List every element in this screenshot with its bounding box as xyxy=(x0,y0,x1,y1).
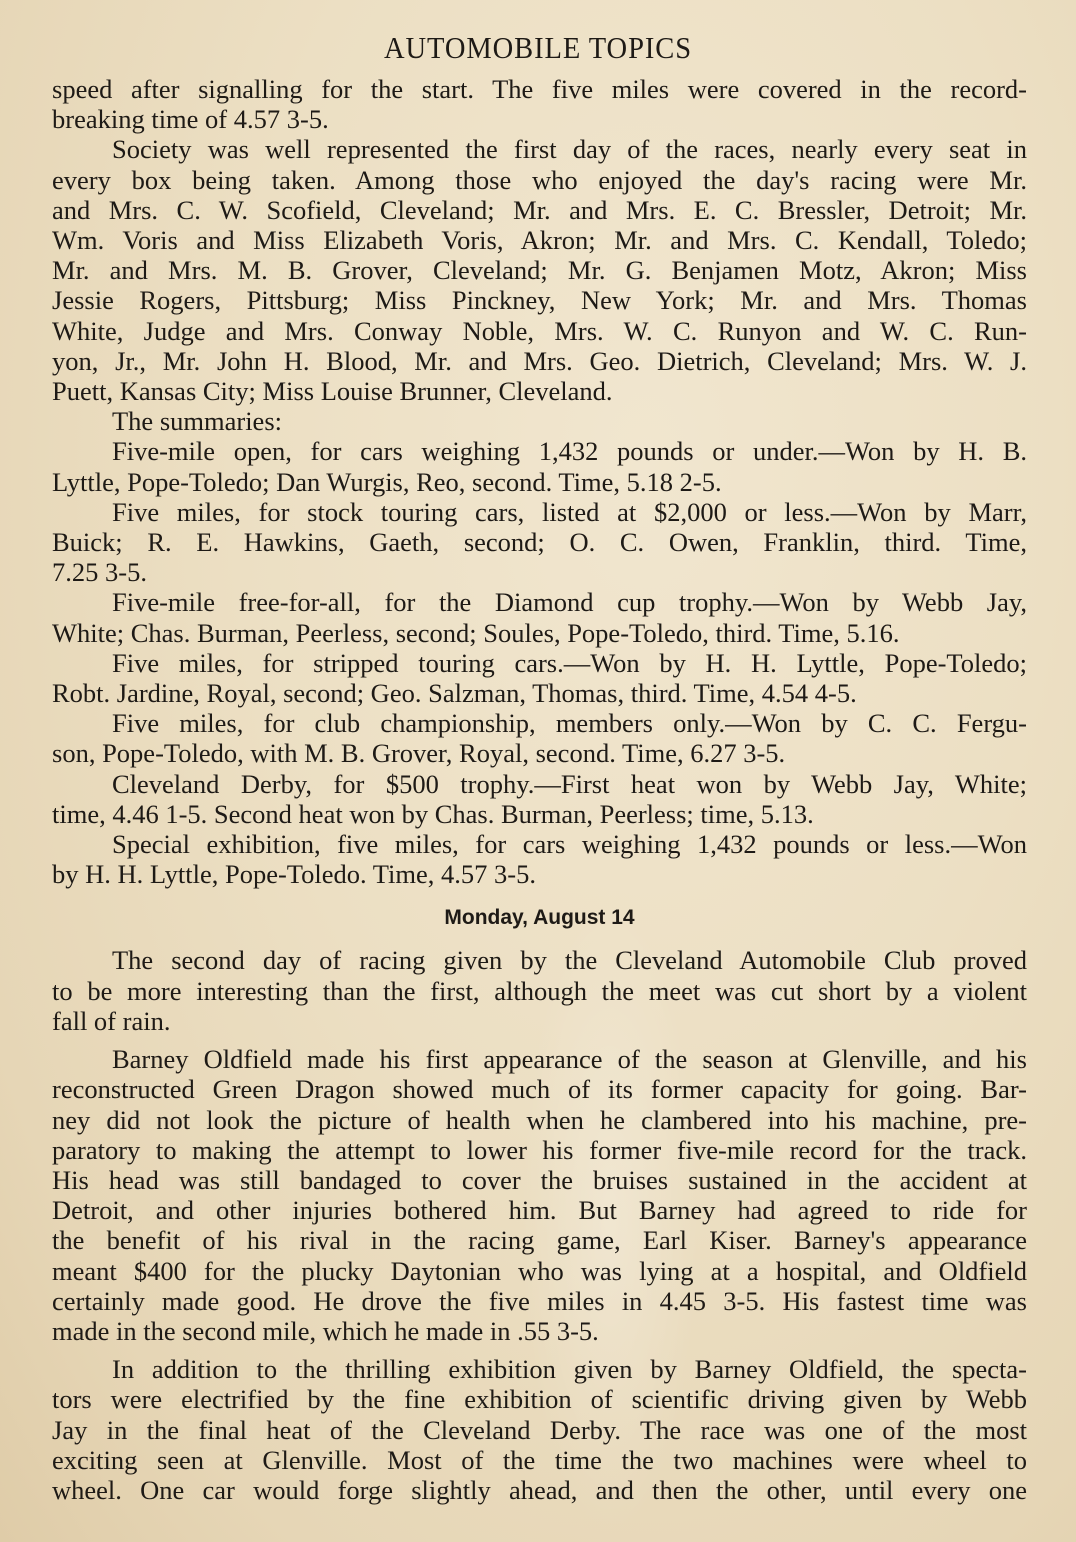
text-line: tors were electrified by the fine exhibi… xyxy=(52,1384,1027,1414)
page-body: speed after signalling for the start. Th… xyxy=(52,74,1027,1505)
section-day-one: speed after signalling for the start. Th… xyxy=(52,74,1027,889)
text-line: His head was still bandaged to cover the… xyxy=(52,1165,1027,1195)
text-line: Robt. Jardine, Royal, second; Geo. Salzm… xyxy=(52,678,1027,708)
text-line: Society was well represented the first d… xyxy=(52,134,1027,164)
section-day-two: The second day of racing given by the Cl… xyxy=(52,945,1027,1505)
text-line: son, Pope-Toledo, with M. B. Grover, Roy… xyxy=(52,738,1027,768)
text-line: Jessie Rogers, Pittsburg; Miss Pinckney,… xyxy=(52,285,1027,315)
text-line: Special exhibition, five miles, for cars… xyxy=(52,829,1027,859)
text-line: to be more interesting than the first, a… xyxy=(52,976,1027,1006)
paragraph: Five-mile open, for cars weighing 1,432 … xyxy=(52,436,1027,496)
paragraph: Five miles, for club championship, membe… xyxy=(52,708,1027,768)
text-line: Mr. and Mrs. M. B. Grover, Cleveland; Mr… xyxy=(52,255,1027,285)
text-line: fall of rain. xyxy=(52,1006,1027,1036)
paragraph: Special exhibition, five miles, for cars… xyxy=(52,829,1027,889)
paragraph: The second day of racing given by the Cl… xyxy=(52,945,1027,1036)
text-line: Five miles, for stripped touring cars.—W… xyxy=(52,648,1027,678)
text-line: White; Chas. Burman, Peerless, second; S… xyxy=(52,618,1027,648)
text-line: In addition to the thrilling exhibition … xyxy=(52,1354,1027,1384)
text-line: Five miles, for stock touring cars, list… xyxy=(52,497,1027,527)
text-line: by H. H. Lyttle, Pope-Toledo. Time, 4.57… xyxy=(52,859,1027,889)
text-line: Five-mile free-for-all, for the Diamond … xyxy=(52,587,1027,617)
text-line: paratory to making the attempt to lower … xyxy=(52,1135,1027,1165)
text-line: every box being taken. Among those who e… xyxy=(52,165,1027,195)
text-line: The second day of racing given by the Cl… xyxy=(52,945,1027,975)
text-line: speed after signalling for the start. Th… xyxy=(52,74,1027,104)
text-line: 7.25 3-5. xyxy=(52,557,1027,587)
paragraph: Society was well represented the first d… xyxy=(52,134,1027,406)
text-line: certainly made good. He drove the five m… xyxy=(52,1286,1027,1316)
paragraph: Five miles, for stock touring cars, list… xyxy=(52,497,1027,588)
paragraph: Five miles, for stripped touring cars.—W… xyxy=(52,648,1027,708)
text-line: time, 4.46 1-5. Second heat won by Chas.… xyxy=(52,799,1027,829)
text-line: and Mrs. C. W. Scofield, Cleveland; Mr. … xyxy=(52,195,1027,225)
text-line: Buick; R. E. Hawkins, Gaeth, second; O. … xyxy=(52,527,1027,557)
text-line: ney did not look the picture of health w… xyxy=(52,1105,1027,1135)
text-line: the benefit of his rival in the racing g… xyxy=(52,1225,1027,1255)
text-line: Puett, Kansas City; Miss Louise Brunner,… xyxy=(52,376,1027,406)
text-line: exciting seen at Glenville. Most of the … xyxy=(52,1445,1027,1475)
book-page: AUTOMOBILE TOPICS speed after signalling… xyxy=(0,0,1076,1542)
text-line: Five-mile open, for cars weighing 1,432 … xyxy=(52,436,1027,466)
text-line: White, Judge and Mrs. Conway Noble, Mrs.… xyxy=(52,316,1027,346)
text-line: breaking time of 4.57 3-5. xyxy=(52,104,1027,134)
text-line: The summaries: xyxy=(52,406,1027,436)
paragraph: Five-mile free-for-all, for the Diamond … xyxy=(52,587,1027,647)
text-line: Wm. Voris and Miss Elizabeth Voris, Akro… xyxy=(52,225,1027,255)
section-subheading: Monday, August 14 xyxy=(52,903,1027,933)
paragraph: Cleveland Derby, for $500 trophy.—First … xyxy=(52,769,1027,829)
text-line: Barney Oldfield made his first appearanc… xyxy=(52,1044,1027,1074)
text-line: made in the second mile, which he made i… xyxy=(52,1316,1027,1346)
paragraph: In addition to the thrilling exhibition … xyxy=(52,1354,1027,1505)
paragraph: speed after signalling for the start. Th… xyxy=(52,74,1027,134)
text-line: Detroit, and other injuries bothered him… xyxy=(52,1195,1027,1225)
text-line: Jay in the final heat of the Cleveland D… xyxy=(52,1415,1027,1445)
text-line: Lyttle, Pope-Toledo; Dan Wurgis, Reo, se… xyxy=(52,467,1027,497)
text-line: Five miles, for club championship, membe… xyxy=(52,708,1027,738)
text-line: reconstructed Green Dragon showed much o… xyxy=(52,1074,1027,1104)
text-line: yon, Jr., Mr. John H. Blood, Mr. and Mrs… xyxy=(52,346,1027,376)
text-line: meant $400 for the plucky Daytonian who … xyxy=(52,1256,1027,1286)
text-line: Cleveland Derby, for $500 trophy.—First … xyxy=(52,769,1027,799)
paragraph: Barney Oldfield made his first appearanc… xyxy=(52,1044,1027,1346)
text-line: wheel. One car would forge slightly ahea… xyxy=(52,1475,1027,1505)
paragraph: The summaries: xyxy=(52,406,1027,436)
running-title: AUTOMOBILE TOPICS xyxy=(43,30,1033,66)
